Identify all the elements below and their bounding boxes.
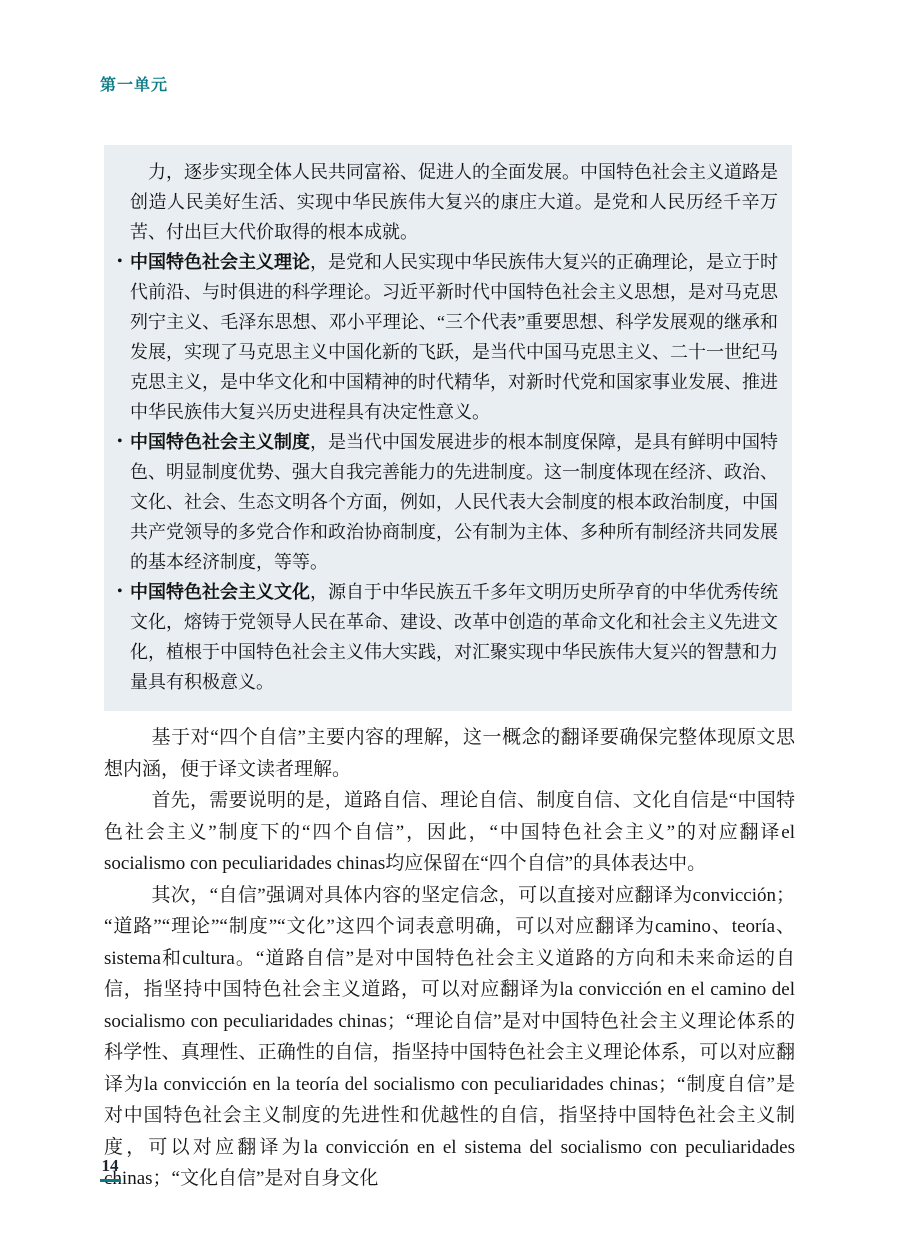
bullet-term: 中国特色社会主义文化 bbox=[130, 582, 310, 602]
body-paragraph: 基于对“四个自信”主要内容的理解，这一概念的翻译要确保完整体现原文思想内涵，便于… bbox=[104, 722, 795, 785]
document-page: 第一单元 力，逐步实现全体人民共同富裕、促进人的全面发展。中国特色社会主义道路是… bbox=[0, 0, 900, 1251]
box-bullet-list: •中国特色社会主义理论，是党和人民实现中华民族伟大复兴的正确理论，是立于时代前沿… bbox=[130, 247, 778, 697]
body-paragraph: 首先，需要说明的是，道路自信、理论自信、制度自信、文化自信是“中国特色社会主义”… bbox=[104, 785, 795, 880]
bullet-icon: • bbox=[117, 247, 123, 277]
bullet-term: 中国特色社会主义理论 bbox=[130, 252, 310, 272]
unit-header: 第一单元 bbox=[100, 72, 168, 95]
body-text: 基于对“四个自信”主要内容的理解，这一概念的翻译要确保完整体现原文思想内涵，便于… bbox=[104, 722, 795, 1195]
bullet-icon: • bbox=[117, 577, 123, 607]
bullet-term: 中国特色社会主义制度 bbox=[130, 432, 310, 452]
body-paragraph: 其次，“自信”强调对具体内容的坚定信念，可以直接对应翻译为convicción；… bbox=[104, 880, 795, 1195]
page-number: 14 bbox=[100, 1156, 121, 1182]
bullet-text: ，是党和人民实现中华民族伟大复兴的正确理论，是立于时代前沿、与时俱进的科学理论。… bbox=[130, 252, 778, 422]
box-continuation-paragraph: 力，逐步实现全体人民共同富裕、促进人的全面发展。中国特色社会主义道路是创造人民美… bbox=[130, 157, 778, 247]
bullet-icon: • bbox=[117, 427, 123, 457]
highlight-box: 力，逐步实现全体人民共同富裕、促进人的全面发展。中国特色社会主义道路是创造人民美… bbox=[104, 145, 792, 711]
bullet-text: ，是当代中国发展进步的根本制度保障，是具有鲜明中国特色、明显制度优势、强大自我完… bbox=[130, 432, 778, 572]
list-item: •中国特色社会主义理论，是党和人民实现中华民族伟大复兴的正确理论，是立于时代前沿… bbox=[130, 247, 778, 427]
list-item: •中国特色社会主义文化，源自于中华民族五千多年文明历史所孕育的中华优秀传统文化，… bbox=[130, 577, 778, 697]
list-item: •中国特色社会主义制度，是当代中国发展进步的根本制度保障，是具有鲜明中国特色、明… bbox=[130, 427, 778, 577]
